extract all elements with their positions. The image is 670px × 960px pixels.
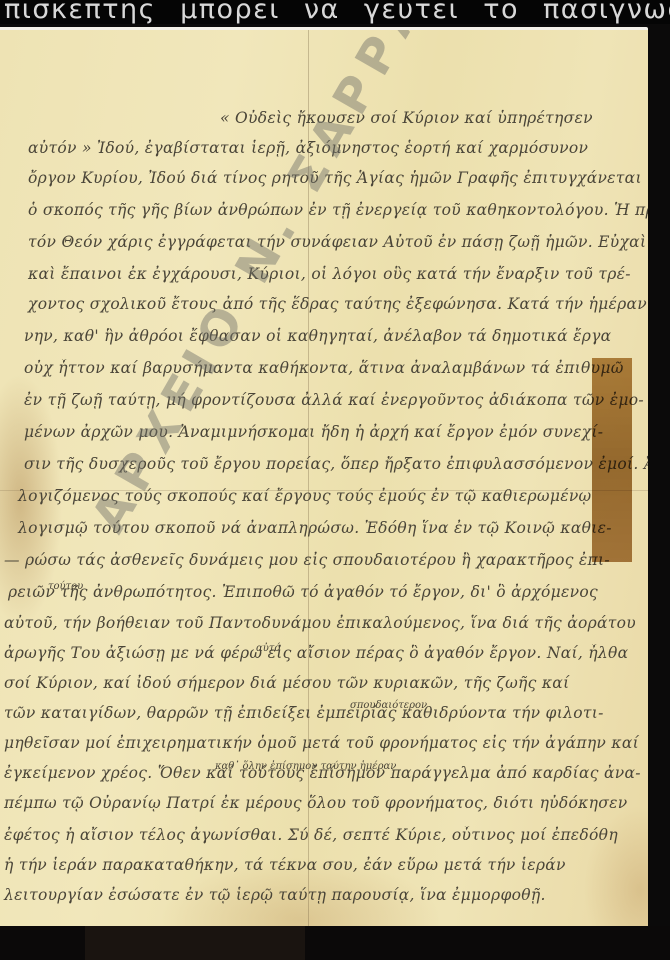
manuscript-line: μένων ἀρχῶν μου. Ἀναμιμνήσκομαι ἤδη ἡ ἀρ… xyxy=(0,423,648,441)
caption-text: πισκεπτης μπορει να γευτει το πασιγνωστο xyxy=(4,0,670,24)
adhesive-tape-strip xyxy=(592,358,632,562)
manuscript-line: μηθεῖσαν μοί ἐπιχειρηματικήν ὁμοῦ μετά τ… xyxy=(0,734,648,752)
manuscript-line: αὐτοῦ, τήν βοήθειαν τοῦ Παντοδυνάμου ἐπι… xyxy=(0,614,648,632)
interlinear-note: αὐτό xyxy=(256,643,280,654)
manuscript-line: τῶν καταιγίδων, θαρρῶν τῇ ἐπιδείξει ἐμπε… xyxy=(0,704,648,722)
caption-bar: πισκεπτης μπορει να γευτει το πασιγνωστο xyxy=(0,0,670,24)
scan-border-right xyxy=(650,24,670,960)
manuscript-line: σοί Κύριον, καί ἰδού σήμερον διά μέσου τ… xyxy=(0,674,648,692)
manuscript-line: οὐχ ἧττον καί βαρυσήμαντα καθήκοντα, ἅτι… xyxy=(0,359,648,377)
scan-shadow-tab xyxy=(85,926,305,960)
manuscript-line: πέμπω τῷ Οὐρανίῳ Πατρί ἐκ μέρους ὅλου το… xyxy=(0,794,648,812)
interlinear-note: τούτου xyxy=(48,581,83,592)
manuscript-line: σιν τῆς δυσχεροῦς τοῦ ἔργου πορείας, ὅπε… xyxy=(0,455,648,473)
manuscript-line: ἀρωγῆς Του ἀξιώσῃ με νά φέρω εἰς αἴσιον … xyxy=(0,644,648,662)
manuscript-line: ἐφέτος ἡ αἴσιον τέλος ἀγωνίσθαι. Σύ δέ, … xyxy=(0,826,648,844)
manuscript-line: καὶ ἔπαινοι ἐκ ἐγχάρουσι, Κύριοι, οἱ λόγ… xyxy=(0,265,648,283)
manuscript-line: λειτουργίαν ἐσώσατε ἐν τῷ ἱερῷ ταύτῃ παρ… xyxy=(0,886,648,904)
interlinear-note: καθ᾿ ὅλην ἐπίσημον ταύτην ἡμέραν xyxy=(215,761,396,772)
manuscript-line: τόν Θεόν χάρις ἐγγράφεται τήν συνάφειαν … xyxy=(0,233,648,251)
manuscript-line: ἡ τήν ἱεράν παρακαταθήκην, τά τέκνα σου,… xyxy=(0,856,648,874)
manuscript-line: χοντος σχολικοῦ ἔτους ἀπό τῆς ἕδρας ταύτ… xyxy=(0,295,648,313)
manuscript-line: ἐν τῇ ζωῇ ταύτῃ, μή φροντίζουσα ἀλλά καί… xyxy=(0,391,648,409)
manuscript-line: ρειῶν τῆς ἀνθρωπότητος. Ἐπιποθῶ τό ἀγαθό… xyxy=(0,583,648,601)
manuscript-line: νην, καθ' ἣν ἀθρόοι ἔφθασαν οἱ καθηγηταί… xyxy=(0,327,648,345)
manuscript-page: « Οὐδεὶς ἤκουσεν σοί Κύριον καί ὑπηρέτησ… xyxy=(0,27,648,929)
interlinear-note: σπουδαιότερον xyxy=(350,700,427,711)
manuscript-line: — ρώσω τάς ἀσθενεῖς δυνάμεις μου εἰς σπο… xyxy=(0,551,648,569)
